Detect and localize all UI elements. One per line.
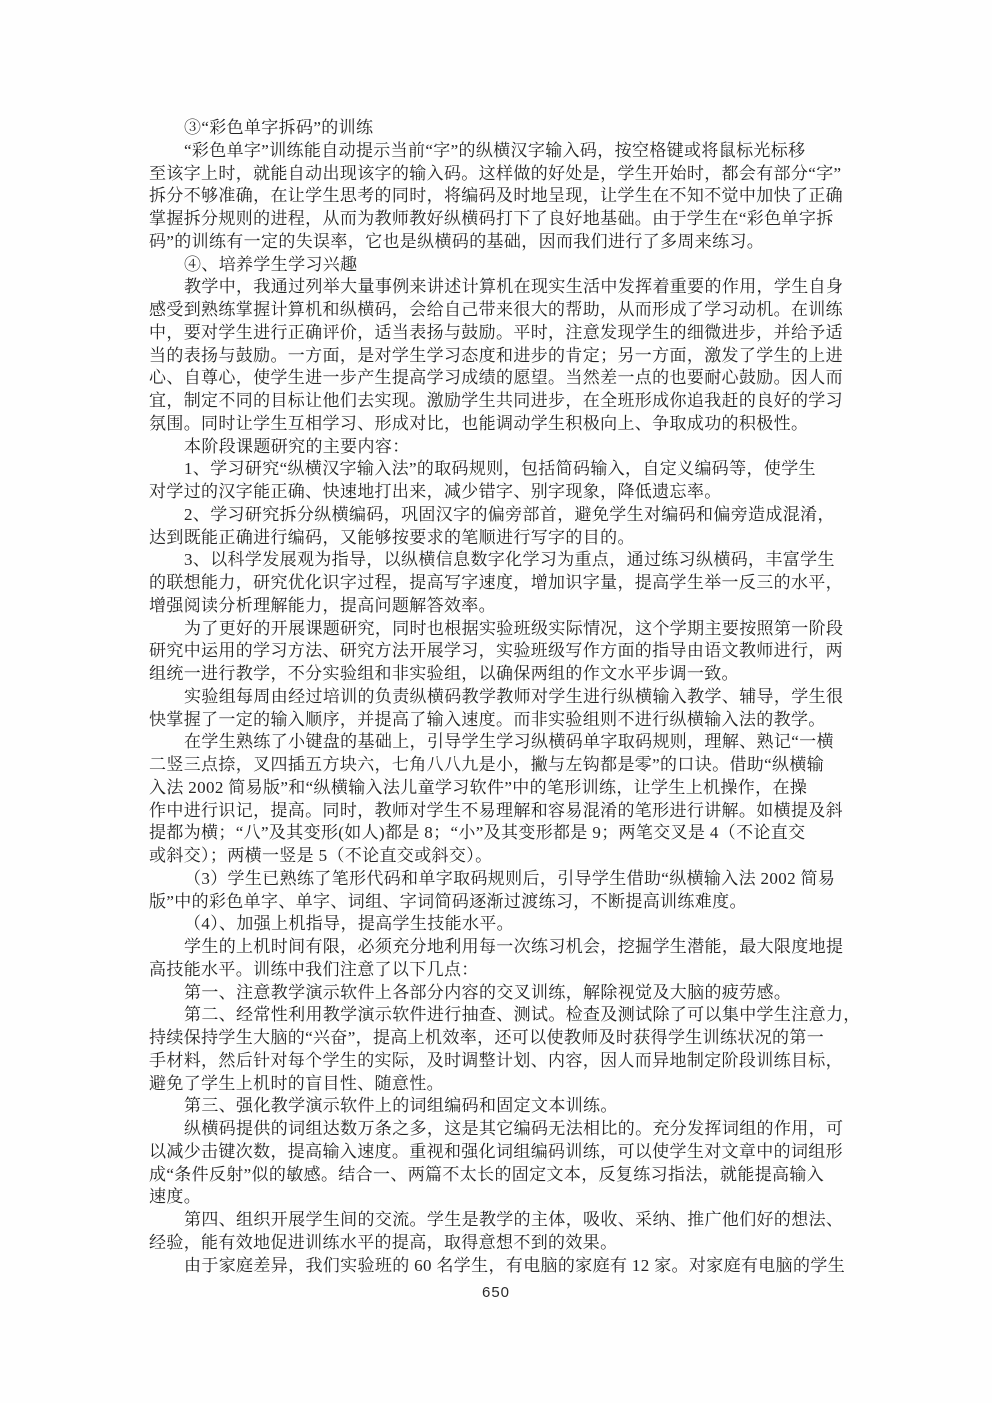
text-line: 提都为横；“八”及其变形(如人)都是 8；“小”及其变形都是 9；两笔交叉是 4… <box>149 822 853 845</box>
text-line: 至该字上时，就能自动出现该字的输入码。这样做的好处是，学生开始时，都会有部分“字… <box>149 163 853 186</box>
text-line: 持续保持学生大脑的“兴奋”，提高上机效率，还可以使教师及时获得学生训练状况的第一 <box>149 1027 853 1050</box>
text-line: 学生的上机时间有限，必须充分地利用每一次练习机会，挖掘学生潜能，最大限度地提 <box>149 936 853 959</box>
text-line: 二竖三点捺，叉四插五方块六，七角八八九是小，撇与左钩都是零”的口诀。借助“纵横输 <box>149 754 853 777</box>
text-line: 版”中的彩色单字、单字、词组、字词简码逐渐过渡练习，不断提高训练难度。 <box>149 891 853 914</box>
text-line: 掌握拆分规则的进程，从而为教师教好纵横码打下了良好地基础。由于学生在“彩色单字拆 <box>149 208 853 231</box>
text-line: 由于家庭差异，我们实验班的 60 名学生，有电脑的家庭有 12 家。对家庭有电脑… <box>149 1255 853 1278</box>
text-line: 码”的训练有一定的失误率，它也是纵横码的基础，因而我们进行了多周来练习。 <box>149 231 853 254</box>
text-line: 快掌握了一定的输入顺序，并提高了输入速度。而非实验组则不进行纵横输入法的教学。 <box>149 709 853 732</box>
text-line: 实验组每周由经过培训的负责纵横码教学教师对学生进行纵横输入教学、辅导，学生很 <box>149 686 853 709</box>
text-line: 宜，制定不同的目标让他们去实现。激励学生共同进步，在全班形成你追我赶的良好的学习 <box>149 390 853 413</box>
text-line: 3、以科学发展观为指导，以纵横信息数字化学习为重点，通过练习纵横码，丰富学生 <box>149 549 853 572</box>
text-line: 第四、组织开展学生间的交流。学生是教学的主体，吸收、采纳、推广他们好的想法、 <box>149 1209 853 1232</box>
text-line: 高技能水平。训练中我们注意了以下几点： <box>149 959 853 982</box>
text-line: 第二、经常性利用教学演示软件进行抽查、测试。检查及测试除了可以集中学生注意力， <box>149 1004 853 1027</box>
text-line: 拆分不够准确，在让学生思考的同时，将编码及时地呈现，让学生在不知不觉中加快了正确 <box>149 185 853 208</box>
text-line: 成“条件反射”似的敏感。结合一、两篇不太长的固定文本，反复练习指法，就能提高输入 <box>149 1164 853 1187</box>
text-line: 达到既能正确进行编码，又能够按要求的笔顺进行写字的目的。 <box>149 527 853 550</box>
text-line: 经验，能有效地促进训练水平的提高，取得意想不到的效果。 <box>149 1232 853 1255</box>
text-line: 本阶段课题研究的主要内容： <box>149 436 853 459</box>
text-line: 组统一进行教学，不分实验组和非实验组，以确保两组的作文水平步调一致。 <box>149 663 853 686</box>
text-line: （4）、加强上机指导，提高学生技能水平。 <box>149 913 853 936</box>
text-line: 研究中运用的学习方法、研究方法开展学习，实验班级写作方面的指导由语文教师进行，两 <box>149 640 853 663</box>
text-block: ③“彩色单字拆码”的训练“彩色单字”训练能自动提示当前“字”的纵横汉字输入码，按… <box>149 117 853 1277</box>
text-line: 感受到熟练掌握计算机和纵横码，会给自己带来很大的帮助，从而形成了学习动机。在训练 <box>149 299 853 322</box>
text-line: 以减少击键次数，提高输入速度。重视和强化词组编码训练，可以使学生对文章中的词组形 <box>149 1141 853 1164</box>
text-line: 对学过的汉字能正确、快速地打出来，减少错字、别字现象，降低遗忘率。 <box>149 481 853 504</box>
text-line: ③“彩色单字拆码”的训练 <box>149 117 853 140</box>
text-line: ④、培养学生学习兴趣 <box>149 254 853 277</box>
text-line: 或斜交）；两横一竖是 5（不论直交或斜交）。 <box>149 845 853 868</box>
text-line: 第一、注意教学演示软件上各部分内容的交叉训练，解除视觉及大脑的疲劳感。 <box>149 982 853 1005</box>
text-line: “彩色单字”训练能自动提示当前“字”的纵横汉字输入码，按空格键或将鼠标光标移 <box>149 140 853 163</box>
text-line: 氛围。同时让学生互相学习、形成对比，也能调动学生积极向上、争取成功的积极性。 <box>149 413 853 436</box>
text-line: 当的表扬与鼓励。一方面，是对学生学习态度和进步的肯定；另一方面，激发了学生的上进 <box>149 345 853 368</box>
document-page: ③“彩色单字拆码”的训练“彩色单字”训练能自动提示当前“字”的纵横汉字输入码，按… <box>0 0 992 1403</box>
text-line: 手材料，然后针对每个学生的实际，及时调整计划、内容，因人而异地制定阶段训练目标， <box>149 1050 853 1073</box>
text-line: 1、学习研究“纵横汉字输入法”的取码规则，包括简码输入，自定义编码等，使学生 <box>149 458 853 481</box>
text-line: 在学生熟练了小键盘的基础上，引导学生学习纵横码单字取码规则，理解、熟记“一横 <box>149 731 853 754</box>
text-line: 纵横码提供的词组达数万条之多，这是其它编码无法相比的。充分发挥词组的作用，可 <box>149 1118 853 1141</box>
text-line: 第三、强化教学演示软件上的词组编码和固定文本训练。 <box>149 1095 853 1118</box>
text-line: 作中进行识记，提高。同时，教师对学生不易理解和容易混淆的笔形进行讲解。如横提及斜 <box>149 800 853 823</box>
text-line: 中，要对学生进行正确评价，适当表扬与鼓励。平时，注意发现学生的细微进步，并给予适 <box>149 322 853 345</box>
text-line: 的联想能力，研究优化识字过程，提高写字速度，增加识字量，提高学生举一反三的水平， <box>149 572 853 595</box>
text-line: 2、学习研究拆分纵横编码，巩固汉字的偏旁部首，避免学生对编码和偏旁造成混淆， <box>149 504 853 527</box>
text-line: （3）学生已熟练了笔形代码和单字取码规则后，引导学生借助“纵横输入法 2002 … <box>149 868 853 891</box>
text-line: 心、自尊心，使学生进一步产生提高学习成绩的愿望。当然差一点的也要耐心鼓励。因人而 <box>149 367 853 390</box>
text-line: 为了更好的开展课题研究，同时也根据实验班级实际情况，这个学期主要按照第一阶段 <box>149 618 853 641</box>
text-line: 入法 2002 简易版”和“纵横输入法儿童学习软件”中的笔形训练，让学生上机操作… <box>149 777 853 800</box>
page-number: 650 <box>0 1284 992 1301</box>
text-line: 避免了学生上机时的盲目性、随意性。 <box>149 1073 853 1096</box>
text-line: 增强阅读分析理解能力，提高问题解答效率。 <box>149 595 853 618</box>
text-line: 教学中，我通过列举大量事例来讲述计算机在现实生活中发挥着重要的作用，学生自身 <box>149 276 853 299</box>
text-line: 速度。 <box>149 1186 853 1209</box>
